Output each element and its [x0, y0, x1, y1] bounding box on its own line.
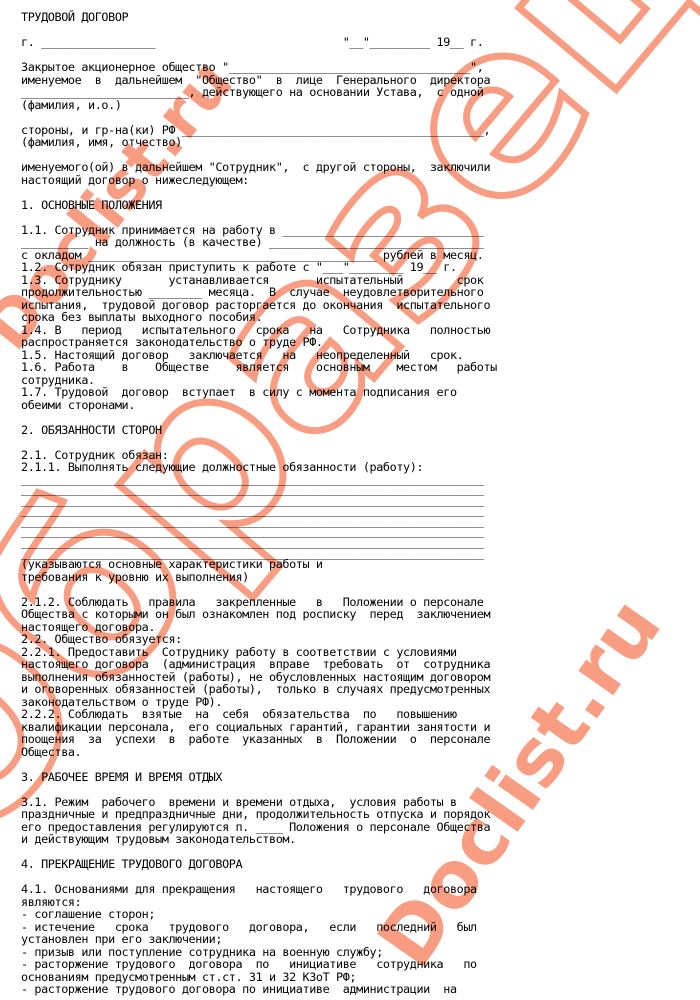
contract-line: (указываются основные характеристики раб…	[21, 558, 521, 571]
contract-line: (фамилия, имя, отчество)	[21, 136, 521, 149]
contract-line: Общества с которыми он был ознакомлен по…	[21, 608, 521, 621]
contract-line: срока без выплаты выходного пособия.	[21, 311, 521, 324]
contract-line: ТРУДОВОЙ ДОГОВОР	[21, 11, 521, 24]
contract-line	[21, 211, 521, 224]
contract-line	[21, 436, 521, 449]
contract-text: ТРУДОВОЙ ДОГОВОР г. _________________ "_…	[0, 0, 521, 996]
contract-line	[21, 758, 521, 771]
contract-line: требования к уровню их выполнения)	[21, 571, 521, 584]
contract-line: поощения за успехи в работе указанных в …	[21, 733, 521, 746]
contract-line: _________________________, действующего …	[21, 86, 521, 99]
contract-line: праздничные и предпраздничные дни, продо…	[21, 808, 521, 821]
contract-page: Doclist.ru Образец Doclist.ru ТРУДОВОЙ Д…	[0, 0, 700, 1000]
contract-line	[21, 583, 521, 596]
contract-line: - расторжение трудового договора по иниц…	[21, 958, 521, 971]
contract-line: установлен при его заключении;	[21, 933, 521, 946]
contract-line: продолжительностью ________ месяца. В сл…	[21, 286, 521, 299]
contract-line: - расторжение трудового договора по иниц…	[21, 983, 521, 996]
contract-line: (фамилия, и.о.)	[21, 99, 521, 112]
contract-line: 2.2. Общество обязуется:	[21, 633, 521, 646]
contract-line: 1.6. Работа в Обществе является основным…	[21, 361, 521, 374]
contract-line: 3. РАБОЧЕЕ ВРЕМЯ И ВРЕМЯ ОТДЫХ	[21, 771, 521, 784]
contract-line: настоящий договор о нижеследующем:	[21, 174, 521, 187]
contract-line: Закрытое акционерное общество "_________…	[21, 61, 521, 74]
contract-line: настоящего договора (администрация вправ…	[21, 658, 521, 671]
contract-line	[21, 783, 521, 796]
contract-line: именуемого(ой) в дальнейшем "Сотрудник",…	[21, 161, 521, 174]
contract-line: и действующим трудовым законодательством…	[21, 833, 521, 846]
contract-line: и оговоренных обязанностей (работы), тол…	[21, 683, 521, 696]
contract-line: 2.2.2. Соблюдать взятые на себя обязател…	[21, 708, 521, 721]
contract-line: 1.2. Сотрудник обязан приступить к работ…	[21, 261, 521, 274]
contract-line: 4.1. Основаниями для прекращения настоящ…	[21, 883, 521, 896]
contract-line: распространяется законодательство о труд…	[21, 336, 521, 349]
contract-line: 1. ОСНОВНЫЕ ПОЛОЖЕНИЯ	[21, 199, 521, 212]
contract-line	[21, 411, 521, 424]
contract-line: обеими сторонами.	[21, 399, 521, 412]
contract-line: 1.7. Трудовой договор вступает в силу с …	[21, 386, 521, 399]
contract-line: 4. ПРЕКРАЩЕНИЕ ТРУДОВОГО ДОГОВОРА	[21, 858, 521, 871]
contract-line: 2. ОБЯЗАННОСТИ СТОРОН	[21, 424, 521, 437]
contract-line: Общества.	[21, 746, 521, 759]
contract-line	[21, 111, 521, 124]
contract-line	[21, 186, 521, 199]
contract-line: __________ на должность (в качестве) ___…	[21, 236, 521, 249]
contract-line: г. _________________ "__"_________ 19__ …	[21, 36, 521, 49]
contract-line: - соглашение сторон;	[21, 908, 521, 921]
